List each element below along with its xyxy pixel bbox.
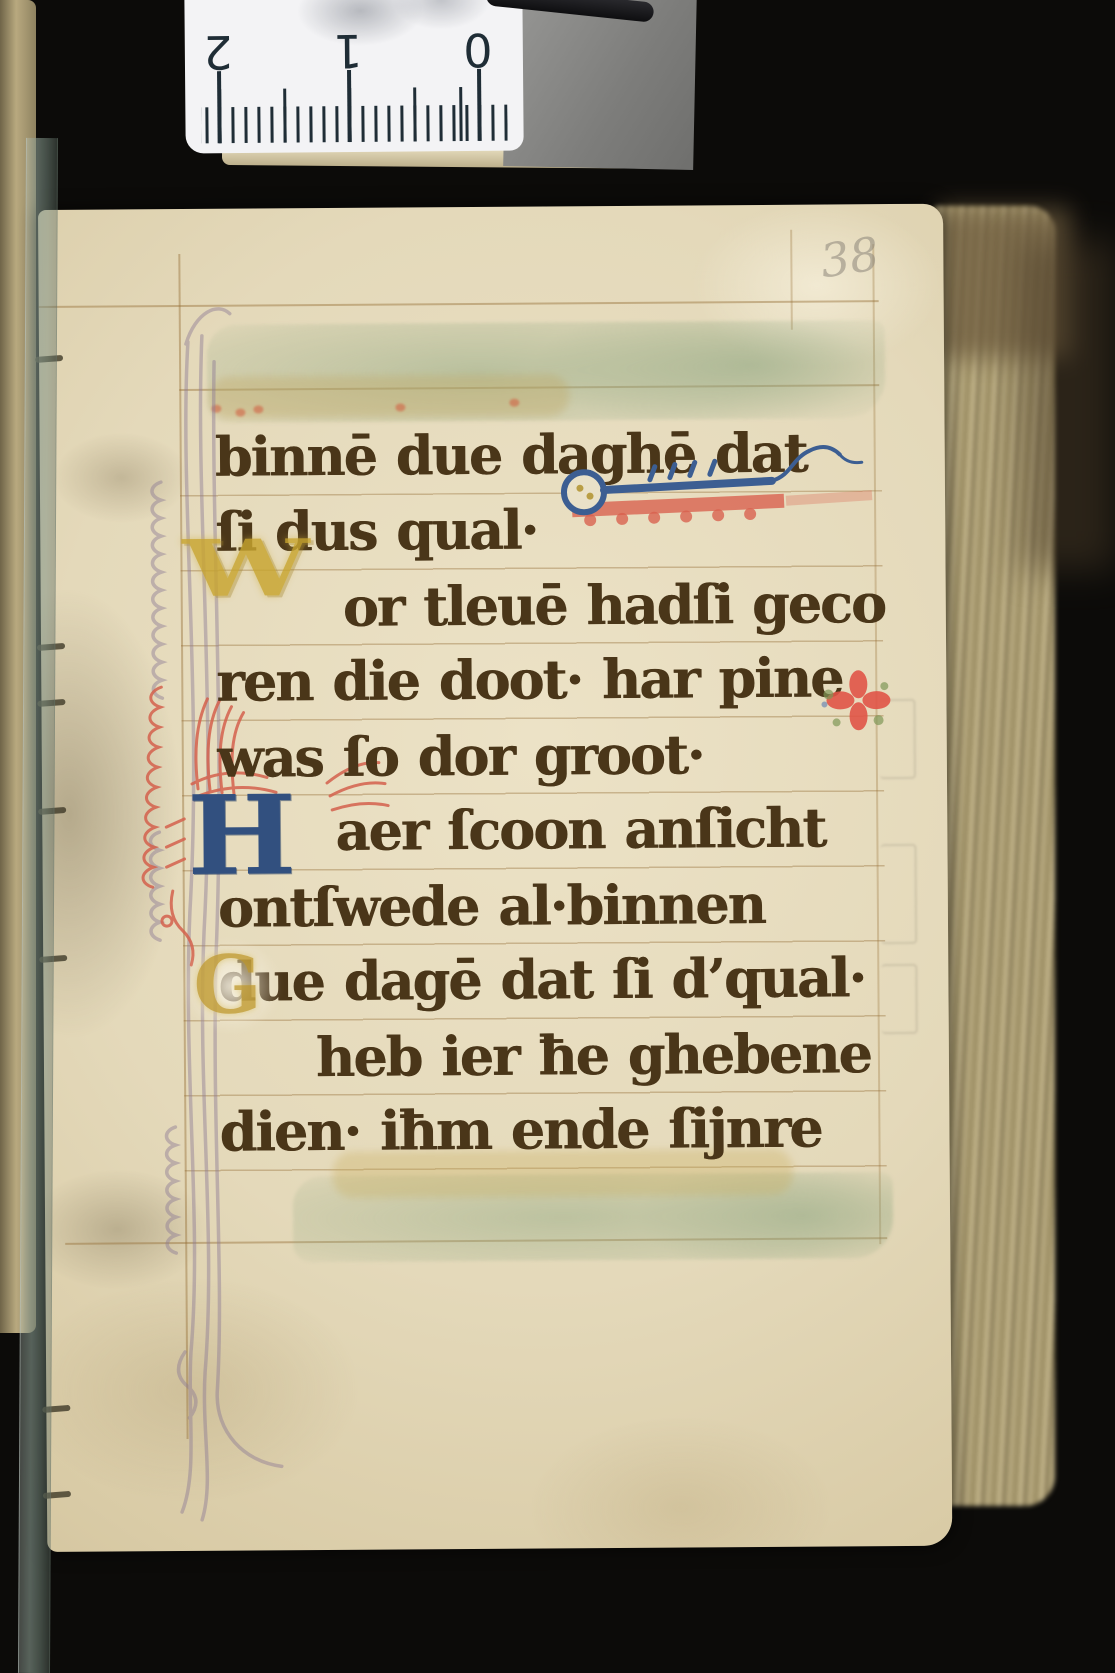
line-text: ren die doot· har pine (216, 642, 843, 716)
ruler-cm-tick (477, 69, 481, 141)
line-text: ontſwede al·binnen (218, 869, 765, 943)
text-line: ontſwede al·binnen (218, 868, 889, 947)
gold-initial-G: G (193, 944, 262, 1024)
text-line: was ſo dor groot· (217, 718, 888, 797)
folio-number: 38 (817, 226, 883, 288)
text-line: heb ier ħe ghebene (219, 1018, 890, 1097)
measuring-ruler: 2 1 0 (184, 0, 523, 153)
line-text: aer ſcoon anſicht (335, 793, 825, 866)
ruler-halfcm-ticks (201, 87, 507, 144)
manuscript-photo-scene: 38 binnē due daghē dat ſi dus qual· or t… (0, 0, 1115, 1673)
text-line: dien· iħm ende ſijnre (219, 1092, 890, 1171)
ruler-cm-tick (347, 70, 351, 142)
grey-reference-card (503, 0, 697, 170)
line-text: or tleuē hadſi geco (343, 568, 886, 642)
background-haze (1020, 240, 1115, 570)
text-line: aer ſcoon anſicht (217, 792, 888, 871)
text-line: or tleuē hadſi geco (216, 568, 887, 647)
ruling-frame-right-inner (790, 230, 792, 330)
text-line: due dagē dat ſi d’qual· (218, 942, 889, 1021)
text-line: ren die doot· har pine (216, 642, 887, 721)
gold-initial-W: W (182, 530, 310, 609)
red-cross-line-filler-icon (818, 664, 899, 737)
red-offset-dot (509, 399, 519, 407)
line-text: heb ier ħe ghebene (316, 1018, 871, 1092)
blue-initial-H: H (187, 781, 296, 891)
manuscript-page: 38 binnē due daghē dat ſi dus qual· or t… (38, 204, 952, 1552)
ruler-ticks (201, 65, 508, 144)
line-text: due dagē dat ſi d’qual· (218, 942, 865, 1017)
red-offset-dot (395, 403, 405, 411)
ruler-cm-tick (217, 71, 221, 143)
line-text: dien· iħm ende ſijnre (219, 1093, 822, 1167)
blue-red-line-filler-icon (540, 430, 886, 542)
